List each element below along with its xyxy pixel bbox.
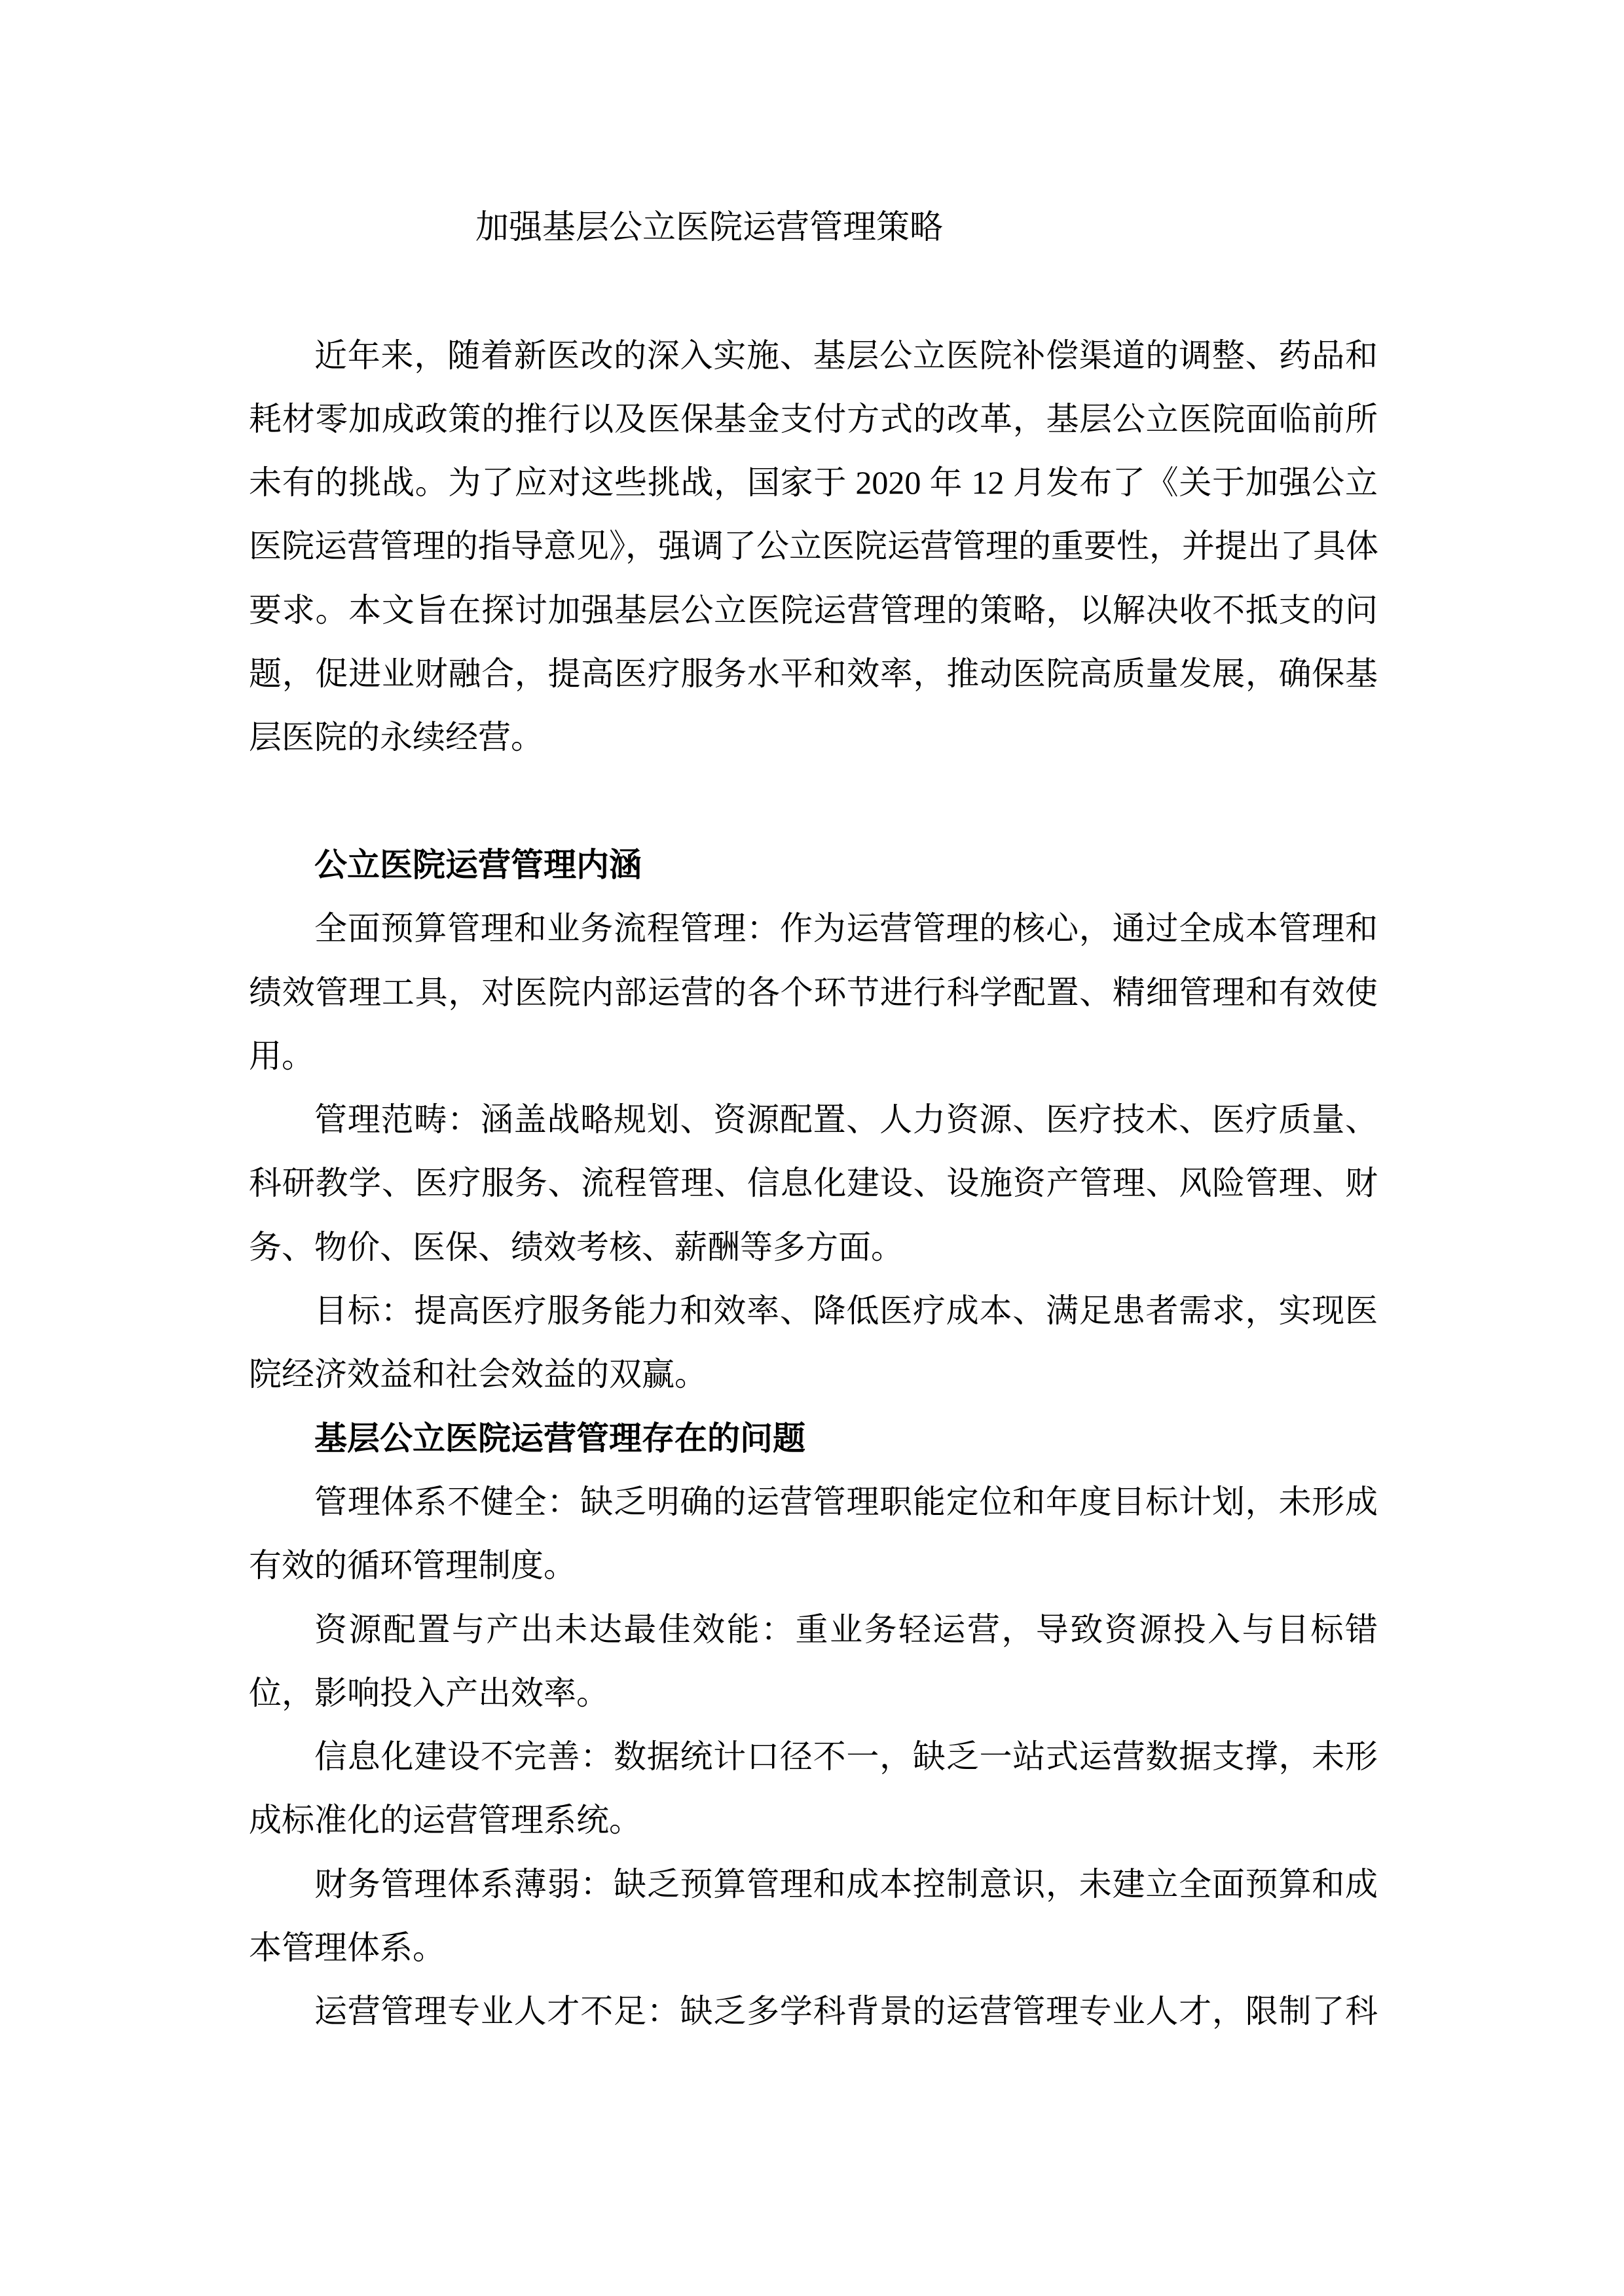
paragraph: 全面预算管理和业务流程管理：作为运营管理的核心，通过全成本管理和绩效管理工具，对…: [249, 897, 1378, 1088]
text-line: 加强基层公立医院运营管理策略: [249, 196, 1170, 260]
text-line: 信息化建设不完善：数据统计口径不一，缺乏一站式运营数据支撑，未形: [249, 1725, 1378, 1789]
text-line: 管理体系不健全：缺乏明确的运营管理职能定位和年度目标计划，未形成: [249, 1470, 1378, 1534]
paragraph: 近年来，随着新医改的深入实施、基层公立医院补偿渠道的调整、药品和耗材零加成政策的…: [249, 324, 1378, 770]
text-line: 务、物价、医保、绩效考核、薪酬等多方面。: [249, 1216, 1378, 1279]
text-line: 财务管理体系薄弱：缺乏预算管理和成本控制意识，未建立全面预算和成: [249, 1853, 1378, 1916]
document-page: 加强基层公立医院运营管理策略近年来，随着新医改的深入实施、基层公立医院补偿渠道的…: [0, 0, 1624, 2296]
paragraph: 信息化建设不完善：数据统计口径不一，缺乏一站式运营数据支撑，未形成标准化的运营管…: [249, 1725, 1378, 1853]
text-line: 成标准化的运营管理系统。: [249, 1789, 1378, 1852]
document-body: 加强基层公立医院运营管理策略近年来，随着新医改的深入实施、基层公立医院补偿渠道的…: [249, 196, 1378, 2044]
text-line: 全面预算管理和业务流程管理：作为运营管理的核心，通过全成本管理和: [249, 897, 1378, 960]
text-line: 绩效管理工具，对医院内部运营的各个环节进行科学配置、精细管理和有效使: [249, 961, 1378, 1025]
paragraph: 资源配置与产出未达最佳效能：重业务轻运营，导致资源投入与目标错位，影响投入产出效…: [249, 1598, 1378, 1726]
paragraph: 财务管理体系薄弱：缺乏预算管理和成本控制意识，未建立全面预算和成本管理体系。: [249, 1853, 1378, 1980]
blank-line: [249, 770, 1378, 833]
text-line: 基层公立医院运营管理存在的问题: [249, 1407, 1378, 1470]
text-line: 目标：提高医疗服务能力和效率、降低医疗成本、满足患者需求，实现医: [249, 1279, 1378, 1343]
text-line: 题，促进业财融合，提高医疗服务水平和效率，推动医院高质量发展，确保基: [249, 642, 1378, 706]
section-heading: 基层公立医院运营管理存在的问题: [249, 1407, 1378, 1470]
text-line: 有效的循环管理制度。: [249, 1534, 1378, 1597]
text-line: 运营管理专业人才不足：缺乏多学科背景的运营管理专业人才，限制了科: [249, 1980, 1378, 2043]
text-line: 位，影响投入产出效率。: [249, 1662, 1378, 1725]
paragraph: 管理体系不健全：缺乏明确的运营管理职能定位和年度目标计划，未形成有效的循环管理制…: [249, 1470, 1378, 1598]
text-line: 资源配置与产出未达最佳效能：重业务轻运营，导致资源投入与目标错: [249, 1598, 1378, 1662]
text-line: 未有的挑战。为了应对这些挑战，国家于 2020 年 12 月发布了《关于加强公立: [249, 451, 1378, 515]
text-line: 院经济效益和社会效益的双赢。: [249, 1343, 1378, 1406]
text-line: 管理范畴：涵盖战略规划、资源配置、人力资源、医疗技术、医疗质量、: [249, 1088, 1378, 1152]
text-line: 科研教学、医疗服务、流程管理、信息化建设、设施资产管理、风险管理、财: [249, 1152, 1378, 1215]
text-line: 本管理体系。: [249, 1916, 1378, 1980]
section-heading: 公立医院运营管理内涵: [249, 833, 1378, 897]
paragraph: 运营管理专业人才不足：缺乏多学科背景的运营管理专业人才，限制了科: [249, 1980, 1378, 2043]
text-line: 层医院的永续经营。: [249, 706, 1378, 769]
paragraph: 管理范畴：涵盖战略规划、资源配置、人力资源、医疗技术、医疗质量、科研教学、医疗服…: [249, 1088, 1378, 1279]
text-line: 医院运营管理的指导意见》，强调了公立医院运营管理的重要性，并提出了具体: [249, 515, 1378, 578]
text-line: 要求。本文旨在探讨加强基层公立医院运营管理的策略，以解决收不抵支的问: [249, 579, 1378, 642]
text-line: 近年来，随着新医改的深入实施、基层公立医院补偿渠道的调整、药品和: [249, 324, 1378, 388]
doc-title: 加强基层公立医院运营管理策略: [249, 196, 1378, 260]
text-line: 用。: [249, 1025, 1378, 1088]
paragraph: 目标：提高医疗服务能力和效率、降低医疗成本、满足患者需求，实现医院经济效益和社会…: [249, 1279, 1378, 1407]
text-line: 公立医院运营管理内涵: [249, 833, 1378, 897]
text-line: 耗材零加成政策的推行以及医保基金支付方式的改革，基层公立医院面临前所: [249, 388, 1378, 451]
blank-line: [249, 260, 1378, 323]
